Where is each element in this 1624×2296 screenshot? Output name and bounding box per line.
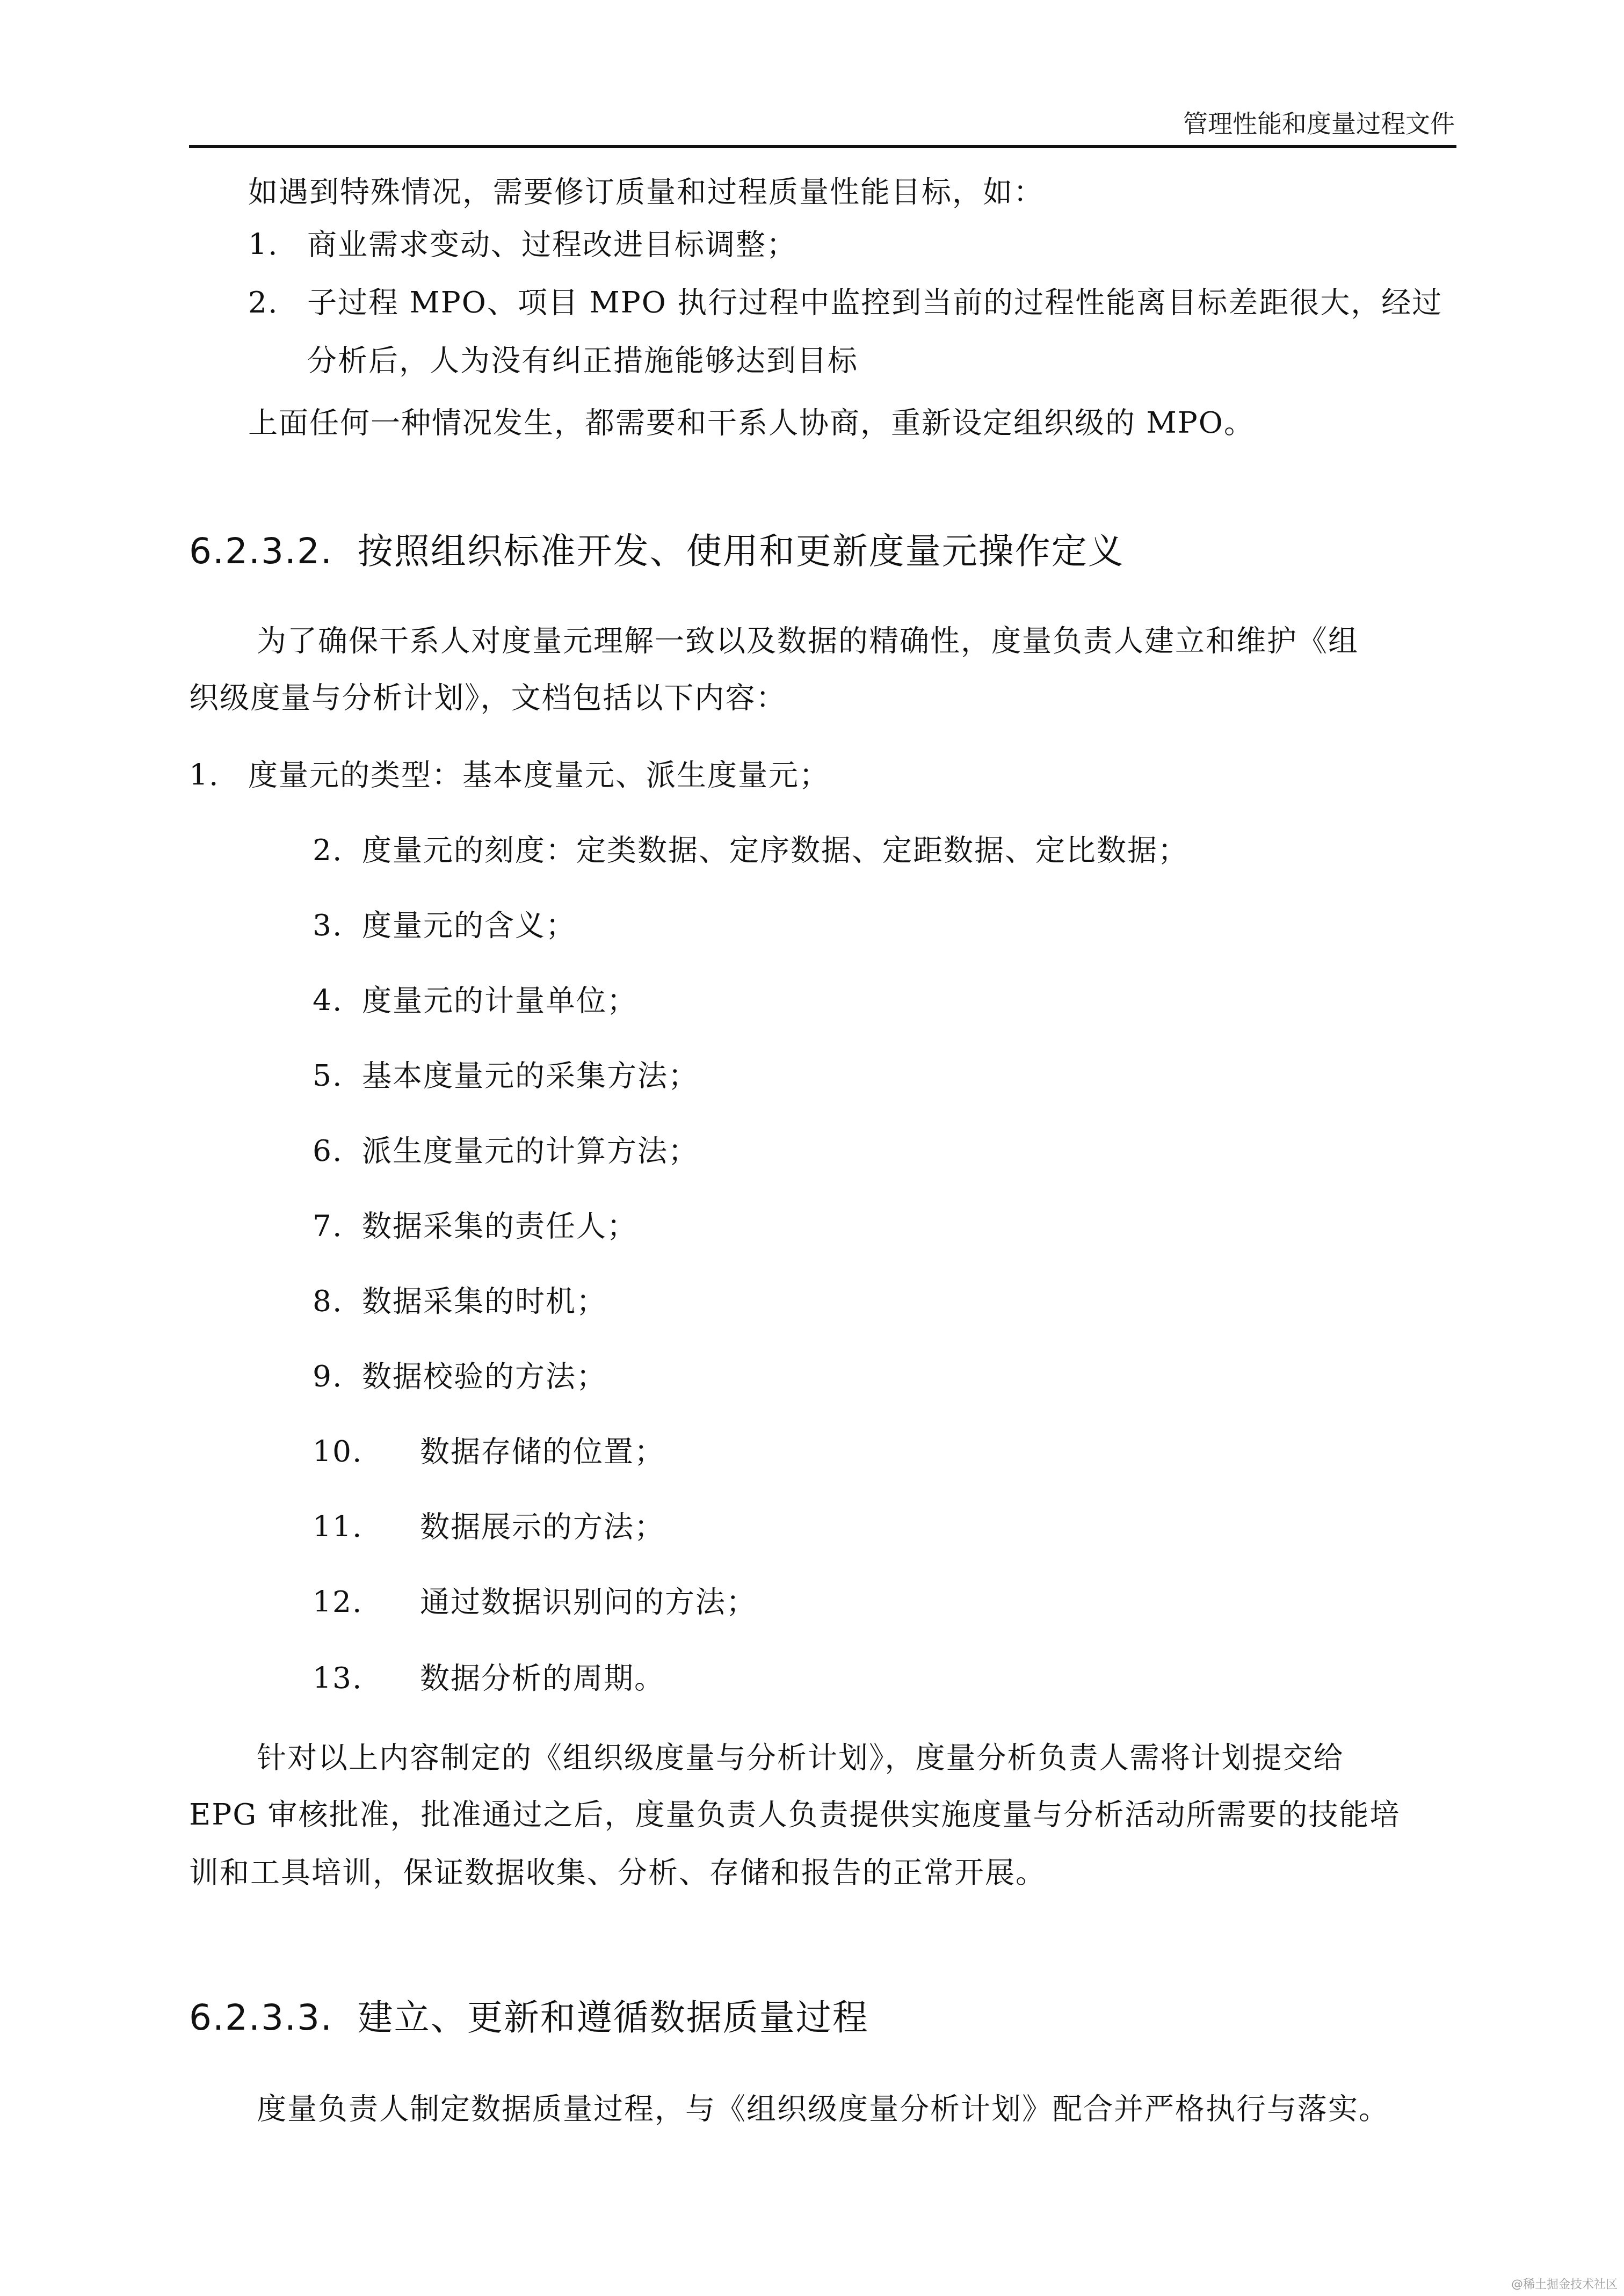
list-number: 1.	[248, 226, 307, 263]
list-number: 2.	[248, 284, 307, 321]
intro-list-item: 2.子过程 MPO、项目 MPO 执行过程中监控到当前的过程性能离目标差距很大，…	[248, 284, 1442, 321]
list-text: 数据采集的时机；	[362, 1284, 607, 1318]
list-number: 13.	[313, 1659, 420, 1697]
section-title: 按照组织标准开发、使用和更新度量元操作定义	[358, 531, 1125, 572]
list-number: 2.	[313, 831, 362, 869]
measure-list-item: 8.数据采集的时机；	[313, 1282, 607, 1320]
list-number: 9.	[313, 1357, 362, 1395]
list-text-continuation: 分析后，人为没有纠正措施能够达到目标	[307, 342, 858, 379]
measure-list-item: 12.通过数据识别问的方法；	[313, 1583, 757, 1621]
measure-list-item: 9.数据校验的方法；	[313, 1357, 607, 1395]
list-text: 派生度量元的计算方法；	[362, 1134, 699, 1168]
list-number: 10.	[313, 1433, 420, 1470]
list-text: 商业需求变动、过程改进目标调整；	[307, 227, 797, 261]
paragraph-line: 训和工具培训，保证数据收集、分析、存储和报告的正常开展。	[189, 1854, 1046, 1891]
measure-list-item: 7.数据采集的责任人；	[313, 1207, 637, 1245]
intro-lead: 如遇到特殊情况，需要修订质量和过程质量性能目标，如：	[248, 173, 1044, 210]
list-number: 12.	[313, 1583, 420, 1621]
section-title: 建立、更新和遵循数据质量过程	[358, 1997, 869, 2038]
paragraph-line: 为了确保干系人对度量元理解一致以及数据的精确性，度量负责人建立和维护《组	[257, 622, 1359, 659]
list-text: 数据校验的方法；	[362, 1359, 607, 1393]
paragraph-line: 织级度量与分析计划》，文档包括以下内容：	[189, 679, 787, 716]
header-divider	[189, 145, 1456, 148]
list-number: 3.	[313, 906, 362, 944]
list-text: 度量元的计量单位；	[362, 983, 637, 1018]
list-text: 通过数据识别问的方法；	[420, 1585, 757, 1619]
measure-list-item: 1.度量元的类型：基本度量元、派生度量元；	[189, 756, 830, 794]
intro-closing: 上面任何一种情况发生，都需要和干系人协商，重新设定组织级的 MPO。	[248, 404, 1255, 441]
list-number: 6.	[313, 1132, 362, 1169]
paragraph-line: EPG 审核批准，批准通过之后，度量负责人负责提供实施度量与分析活动所需要的技能…	[189, 1796, 1401, 1833]
section-heading-6232: 6.2.3.2. 按照组织标准开发、使用和更新度量元操作定义	[189, 529, 1125, 574]
measure-list-item: 4.度量元的计量单位；	[313, 982, 637, 1019]
measure-list-item: 2.度量元的刻度：定类数据、定序数据、定距数据、定比数据；	[313, 831, 1188, 869]
list-number: 5.	[313, 1057, 362, 1094]
measure-list-item: 5.基本度量元的采集方法；	[313, 1057, 699, 1094]
list-text: 度量元的刻度：定类数据、定序数据、定距数据、定比数据；	[362, 833, 1188, 867]
paragraph-line: 度量负责人制定数据质量过程，与《组织级度量分析计划》配合并严格执行与落实。	[257, 2090, 1389, 2127]
watermark: @稀土掘金技术社区	[1511, 2275, 1618, 2292]
running-header-title: 管理性能和度量过程文件	[1183, 107, 1455, 140]
measure-list-item: 3.度量元的含义；	[313, 906, 576, 944]
list-number: 8.	[313, 1282, 362, 1320]
list-text: 基本度量元的采集方法；	[362, 1058, 699, 1093]
measure-list-item: 11.数据展示的方法；	[313, 1508, 665, 1545]
intro-list-item: 1.商业需求变动、过程改进目标调整；	[248, 226, 797, 263]
list-number: 7.	[313, 1207, 362, 1245]
section-number: 6.2.3.2.	[189, 531, 333, 572]
list-text: 数据采集的责任人；	[362, 1209, 637, 1243]
list-number: 4.	[313, 982, 362, 1019]
list-number: 1.	[189, 756, 248, 794]
list-text: 子过程 MPO、项目 MPO 执行过程中监控到当前的过程性能离目标差距很大，经过	[307, 285, 1442, 319]
list-text: 度量元的类型：基本度量元、派生度量元；	[248, 758, 830, 792]
list-text: 数据分析的周期。	[420, 1661, 665, 1695]
paragraph-line: 针对以上内容制定的《组织级度量与分析计划》，度量分析负责人需将计划提交给	[257, 1739, 1344, 1776]
list-text: 度量元的含义；	[362, 908, 576, 942]
measure-list-item: 13.数据分析的周期。	[313, 1659, 665, 1697]
section-heading-6233: 6.2.3.3. 建立、更新和遵循数据质量过程	[189, 1995, 869, 2040]
list-text: 数据存储的位置；	[420, 1434, 665, 1469]
section-number: 6.2.3.3.	[189, 1997, 333, 2038]
list-text: 数据展示的方法；	[420, 1509, 665, 1544]
measure-list-item: 6.派生度量元的计算方法；	[313, 1132, 699, 1169]
list-number: 11.	[313, 1508, 420, 1545]
measure-list-item: 10.数据存储的位置；	[313, 1433, 665, 1470]
